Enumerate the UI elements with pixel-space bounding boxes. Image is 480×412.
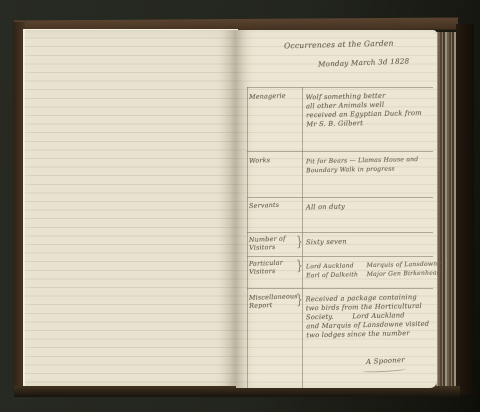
handwritten-line: Sixty seven bbox=[306, 236, 434, 248]
row-content-particular-visitors: Lord Auckland Marquis of Lansdowne Earl … bbox=[306, 260, 434, 281]
row-label-particular-visitors: Particular Visitors } bbox=[249, 258, 300, 276]
label-brace: } bbox=[296, 257, 304, 273]
label-brace: } bbox=[296, 233, 304, 249]
table-line bbox=[247, 197, 433, 198]
row-content-number-of-visitors: Sixty seven bbox=[306, 236, 434, 248]
row-content-works: Pit for Bears — Llamas House and Boundar… bbox=[306, 155, 434, 176]
fore-edge-page-stack bbox=[436, 32, 458, 388]
label-brace: } bbox=[296, 291, 304, 307]
signature-flourish bbox=[362, 367, 406, 373]
row-label-menagerie: Menagerie bbox=[249, 91, 299, 101]
row-content-servants: All on duty bbox=[306, 201, 434, 213]
row-content-menagerie: Wolf something better all other Animals … bbox=[306, 91, 435, 130]
row-label-text: Report bbox=[249, 300, 299, 310]
row-label-text: Menagerie bbox=[249, 91, 299, 101]
right-page-ledger: Occurrences at the Garden Monday March 3… bbox=[236, 30, 437, 388]
table-line bbox=[247, 232, 433, 233]
row-label-works: Works bbox=[249, 155, 299, 165]
keeper-signature: A Spooner bbox=[366, 356, 405, 366]
row-label-text: Visitors bbox=[249, 266, 299, 276]
row-label-text: Servants bbox=[249, 200, 299, 210]
row-label-number-of-visitors: Number of Visitors } bbox=[249, 234, 300, 252]
left-page-blank bbox=[23, 29, 238, 388]
entry-title: Occurrences at the Garden bbox=[284, 39, 394, 51]
handwritten-line: Boundary Walk in progress bbox=[306, 164, 434, 176]
row-label-miscellaneous-report: Miscellaneous Report } bbox=[249, 292, 300, 310]
table-line bbox=[247, 151, 433, 152]
entry-date: Monday March 3d 1828 bbox=[318, 56, 410, 68]
row-label-servants: Servants bbox=[249, 200, 299, 210]
table-line bbox=[247, 288, 433, 289]
handwritten-line: Earl of Dalkeith Major Gen Birkenhead bbox=[306, 269, 434, 281]
table-line bbox=[247, 87, 433, 88]
photo-backdrop: Occurrences at the Garden Monday March 3… bbox=[0, 0, 480, 412]
row-label-text: Visitors bbox=[249, 242, 299, 252]
handwritten-line: two lodges since the number bbox=[306, 329, 434, 341]
row-content-miscellaneous-report: Received a package containing two birds … bbox=[306, 293, 435, 341]
handwritten-line: Mr S. B. Gilbert bbox=[306, 118, 434, 130]
table-line bbox=[247, 256, 433, 257]
handwritten-line: All on duty bbox=[306, 201, 434, 213]
book-cover-edge-right bbox=[456, 24, 474, 394]
row-label-text: Works bbox=[249, 155, 299, 165]
